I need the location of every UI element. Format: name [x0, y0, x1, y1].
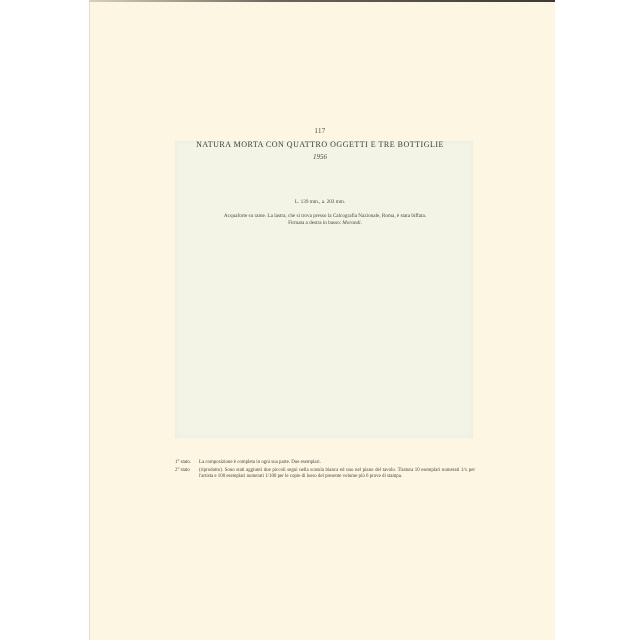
signature: Morandi	[342, 220, 360, 226]
signature-prefix: Firmata a destra in basso:	[288, 220, 342, 226]
states-notes: 1° stato. La composizione è completa in …	[175, 460, 475, 482]
artwork-dimensions: L. 139 mm., a. 203 mm.	[0, 199, 640, 205]
signature-suffix: .	[361, 220, 362, 226]
description-line-2: Firmata a destra in basso: Morandi.	[190, 220, 460, 227]
state-label: 1° stato.	[175, 460, 199, 466]
plate-number: 117	[0, 127, 640, 135]
artwork-title: NATURA MORTA CON QUATTRO OGGETTI E TRE B…	[0, 140, 640, 149]
artwork-year: 1956	[0, 153, 640, 161]
description-line-1: Acquaforte su rame. La lastra, che si tr…	[190, 213, 460, 220]
state-text: La composizione è completa in ogni sua p…	[199, 460, 475, 466]
state-row-1: 1° stato. La composizione è completa in …	[175, 460, 475, 466]
state-row-2: 2° stato (riprodotto). Sono stati aggiun…	[175, 468, 475, 480]
etching-plate-area	[175, 141, 473, 438]
state-text: (riprodotto). Sono stati aggiunti due pi…	[199, 468, 475, 480]
state-label: 2° stato	[175, 468, 199, 480]
artwork-description: Acquaforte su rame. La lastra, che si tr…	[190, 213, 460, 227]
page-top-edge	[89, 0, 555, 2]
